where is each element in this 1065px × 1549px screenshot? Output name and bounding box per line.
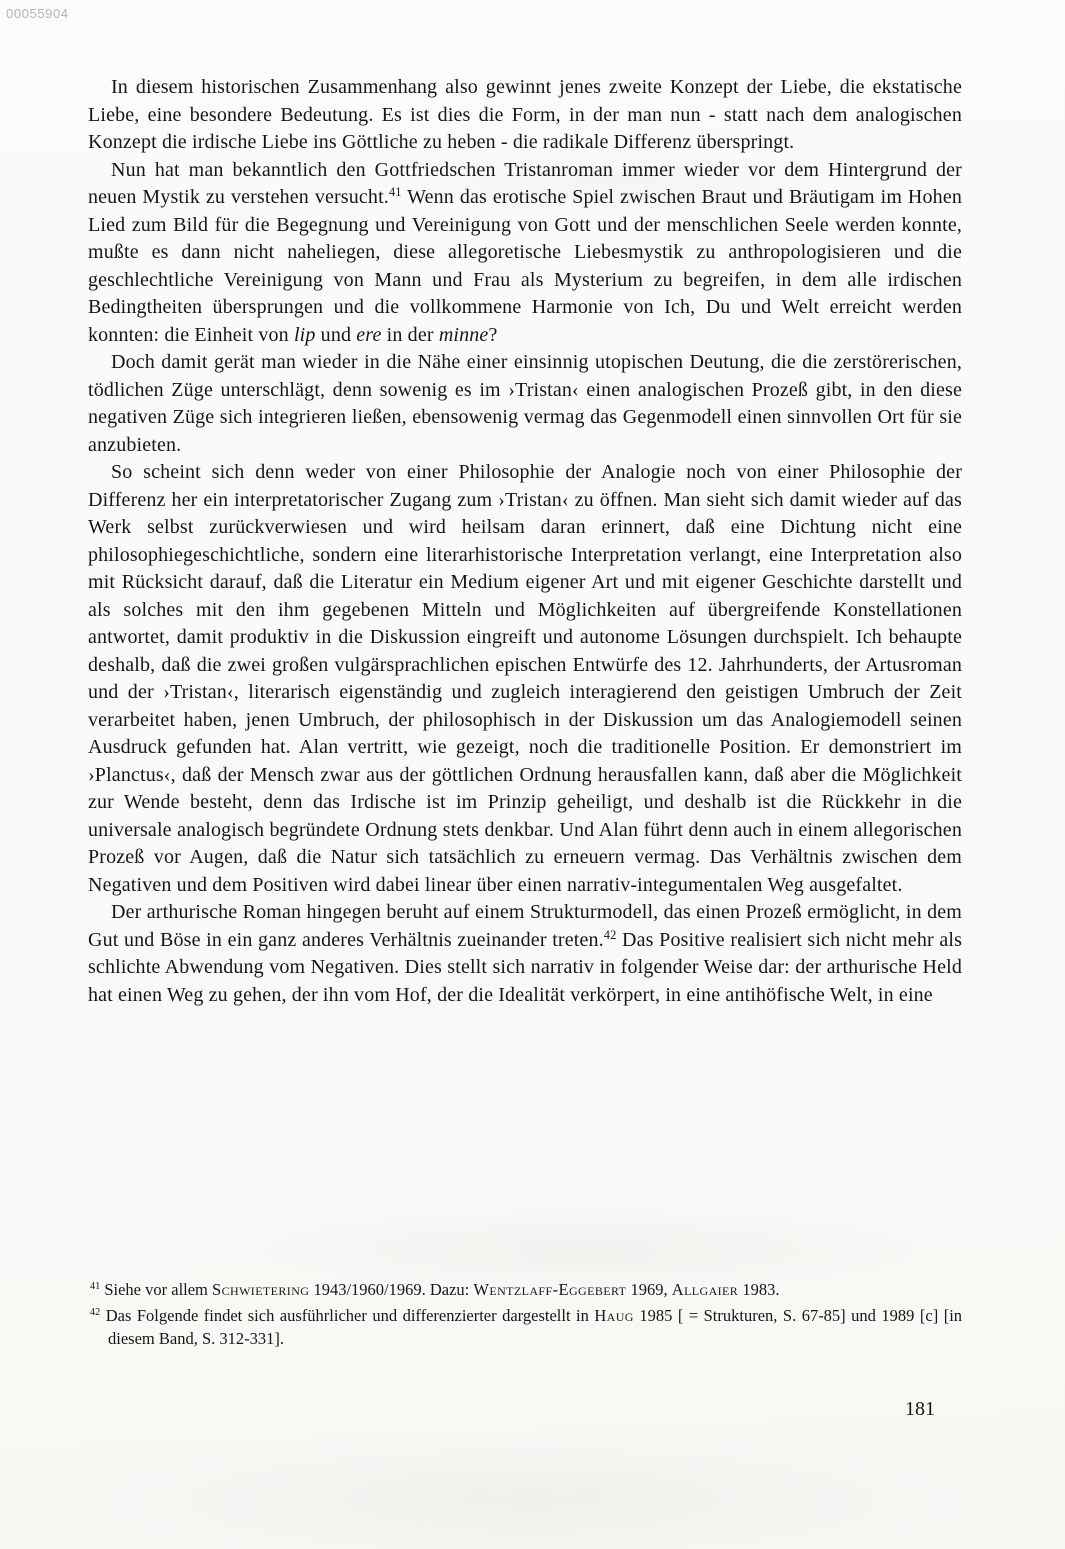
scanned-book-page: 00055904 In diesem historischen Zusammen… [0, 0, 1065, 1549]
paragraph: Doch damit gerät man wieder in die Nähe … [88, 349, 962, 459]
footnotes: 41 Siehe vor allem Schwietering 1943/196… [90, 1278, 962, 1353]
text-segment: Haug [594, 1306, 634, 1325]
paragraph: Nun hat man bekanntlich den Gottfriedsch… [88, 157, 962, 350]
text-segment: Wenn das erotische Spiel zwischen Braut … [88, 186, 962, 346]
text-segment: ere [356, 324, 381, 346]
footnote-marker: 42 [90, 1307, 100, 1318]
scan-stamp: 00055904 [6, 6, 69, 21]
text-segment: Allgaier [672, 1280, 738, 1299]
text-segment: in der [382, 324, 439, 346]
text-segment: In diesem historischen Zusammenhang also… [88, 76, 962, 153]
text-segment: 1969, [626, 1280, 671, 1299]
paragraph: So scheint sich denn weder von einer Phi… [88, 459, 962, 899]
text-segment: 1983. [738, 1280, 779, 1299]
text-segment: Das Folgende findet sich ausführlicher u… [106, 1306, 595, 1325]
footnote: 41 Siehe vor allem Schwietering 1943/196… [90, 1278, 962, 1301]
paragraph: In diesem historischen Zusammenhang also… [88, 74, 962, 157]
paragraph: Der arthurische Roman hingegen beruht au… [88, 899, 962, 1009]
text-segment: Schwietering [212, 1280, 309, 1299]
text-segment: und [316, 324, 357, 346]
footnote-ref: 42 [604, 928, 617, 942]
text-segment: Doch damit gerät man wieder in die Nähe … [88, 351, 962, 456]
body-text: In diesem historischen Zusammenhang also… [88, 74, 962, 1009]
footnote-ref: 41 [389, 185, 402, 199]
footnote-marker: 41 [90, 1281, 100, 1292]
text-segment: minne [439, 324, 489, 346]
text-segment: 1943/1960/1969. Dazu: [309, 1280, 473, 1299]
text-segment: ? [488, 324, 497, 346]
text-segment: Siehe vor allem [104, 1280, 212, 1299]
footnote: 42 Das Folgende findet sich ausführliche… [90, 1304, 962, 1350]
text-segment: Wentzlaff-Eggebert [473, 1280, 626, 1299]
text-segment: So scheint sich denn weder von einer Phi… [88, 461, 962, 896]
page-number: 181 [905, 1398, 935, 1421]
text-segment: lip [294, 324, 316, 346]
